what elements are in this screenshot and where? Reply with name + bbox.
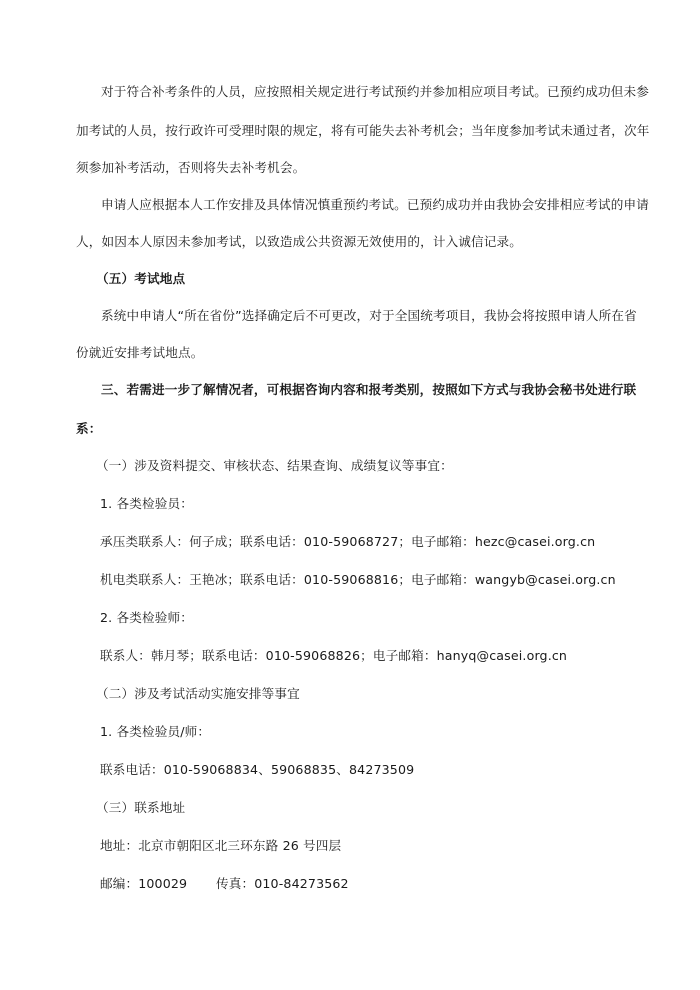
contact-exam-phone: 联系电话：010-59068834、59068835、84273509 [100,762,660,778]
paragraph-line: 对于符合补考条件的人员，应按照相关规定进行考试预约并参加相应项目考试。已预约成功… [101,84,661,100]
contact-electromechanical: 机电类联系人：王艳冰；联系电话：010-59068816；电子邮箱：wangyb… [100,572,660,588]
paragraph-line: 份就近安排考试地点。 [76,345,636,361]
paragraph-line: 加考试的人员，按行政许可受理时限的规定，将有可能失去补考机会；当年度参加考试未通… [76,123,636,139]
section-heading-exam-location: （五）考试地点 [96,271,656,287]
section-heading-contact-cont: 系： [76,421,636,437]
contact-pressure: 承压类联系人：何子成；联系电话：010-59068727；电子邮箱：hezc@c… [100,534,660,550]
document-page: 对于符合补考条件的人员，应按照相关规定进行考试预约并参加相应项目考试。已预约成功… [0,0,700,990]
paragraph-line: 须参加补考活动，否则将失去补考机会。 [76,160,636,176]
section-heading-contact: 三、若需进一步了解情况者，可根据咨询内容和报考类别，按照如下方式与我协会秘书处进… [101,382,661,398]
contact-engineer: 联系人：韩月琴；联系电话：010-59068826；电子邮箱：hanyq@cas… [100,648,660,664]
item-title-engineers: 2. 各类检验师： [100,610,660,626]
postcode: 邮编：100029 [100,876,187,892]
subsection-heading-exam-arrangement: （二）涉及考试活动实施安排等事宜 [96,686,656,702]
fax: 传真：010-84273562 [216,876,349,892]
item-title-inspectors: 1. 各类检验员： [100,496,660,512]
item-title-inspectors-engineers: 1. 各类检验员/师： [100,724,660,740]
subsection-heading-materials: （一）涉及资料提交、审核状态、结果查询、成绩复议等事宜： [96,458,656,474]
paragraph-line: 人，如因本人原因未参加考试，以致造成公共资源无效使用的，计入诚信记录。 [76,234,636,250]
address: 地址：北京市朝阳区北三环东路 26 号四层 [100,838,660,854]
paragraph-line: 系统中申请人“所在省份”选择确定后不可更改，对于全国统考项目，我协会将按照申请人… [101,308,661,324]
paragraph-line: 申请人应根据本人工作安排及具体情况慎重预约考试。已预约成功并由我协会安排相应考试… [101,197,661,213]
subsection-heading-address: （三）联系地址 [96,800,656,816]
